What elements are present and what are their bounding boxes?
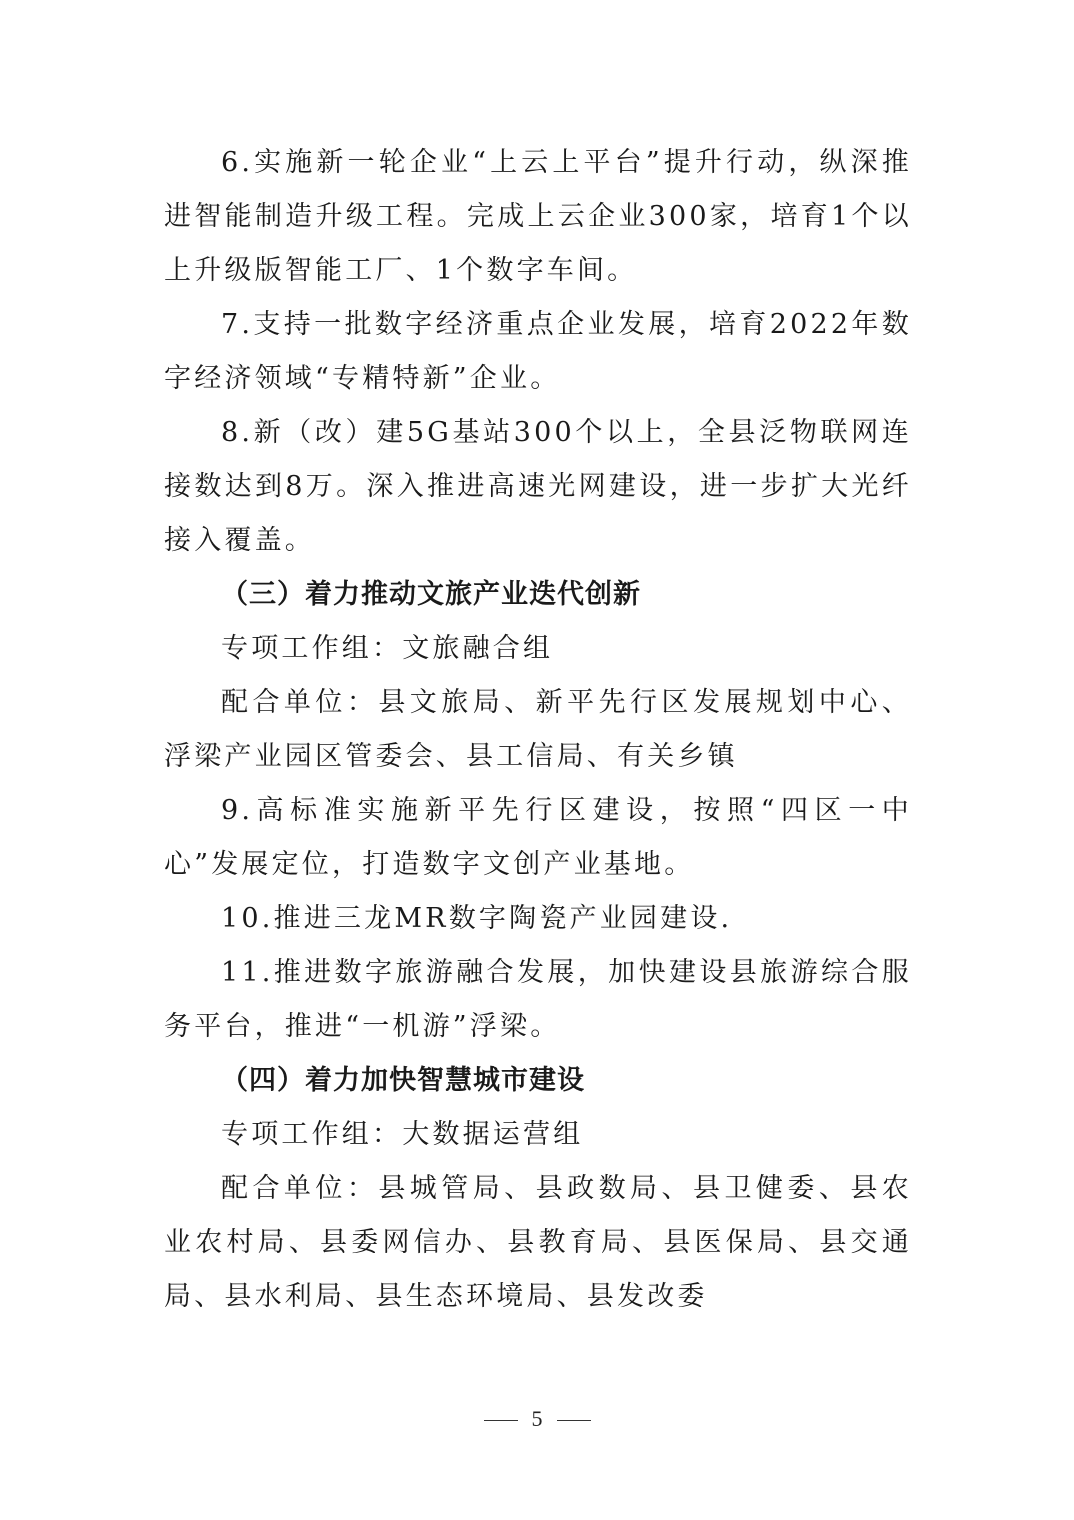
item-11-paragraph: 11.推进数字旅游融合发展，加快建设县旅游综合服务平台，推进“一机游”浮梁。 bbox=[164, 946, 912, 1054]
item-7-paragraph: 7.支持一批数字经济重点企业发展，培育2022年数字经济领域“专精特新”企业。 bbox=[164, 298, 912, 406]
dash-left bbox=[484, 1420, 518, 1421]
document-page: 6.实施新一轮企业“上云上平台”提升行动，纵深推进智能制造升级工程。完成上云企业… bbox=[164, 136, 912, 1324]
section-4-working-group: 专项工作组：大数据运营组 bbox=[164, 1108, 912, 1162]
section-4-cooperating-units: 配合单位：县城管局、县政数局、县卫健委、县农业农村局、县委网信办、县教育局、县医… bbox=[164, 1162, 912, 1324]
section-3-working-group: 专项工作组：文旅融合组 bbox=[164, 622, 912, 676]
section-3-heading: （三）着力推动文旅产业迭代创新 bbox=[164, 568, 912, 622]
dash-right bbox=[557, 1420, 591, 1421]
page-number-footer: 5 bbox=[0, 1404, 1074, 1434]
item-9-paragraph: 9.高标准实施新平先行区建设，按照“四区一中心”发展定位，打造数字文创产业基地。 bbox=[164, 784, 912, 892]
section-4-heading: （四）着力加快智慧城市建设 bbox=[164, 1054, 912, 1108]
page-number: 5 bbox=[532, 1406, 543, 1431]
item-10-paragraph: 10.推进三龙MR数字陶瓷产业园建设. bbox=[164, 892, 912, 946]
section-3-cooperating-units: 配合单位：县文旅局、新平先行区发展规划中心、浮梁产业园区管委会、县工信局、有关乡… bbox=[164, 676, 912, 784]
item-8-paragraph: 8.新（改）建5G基站300个以上，全县泛物联网连接数达到8万。深入推进高速光网… bbox=[164, 406, 912, 568]
item-6-paragraph: 6.实施新一轮企业“上云上平台”提升行动，纵深推进智能制造升级工程。完成上云企业… bbox=[164, 136, 912, 298]
